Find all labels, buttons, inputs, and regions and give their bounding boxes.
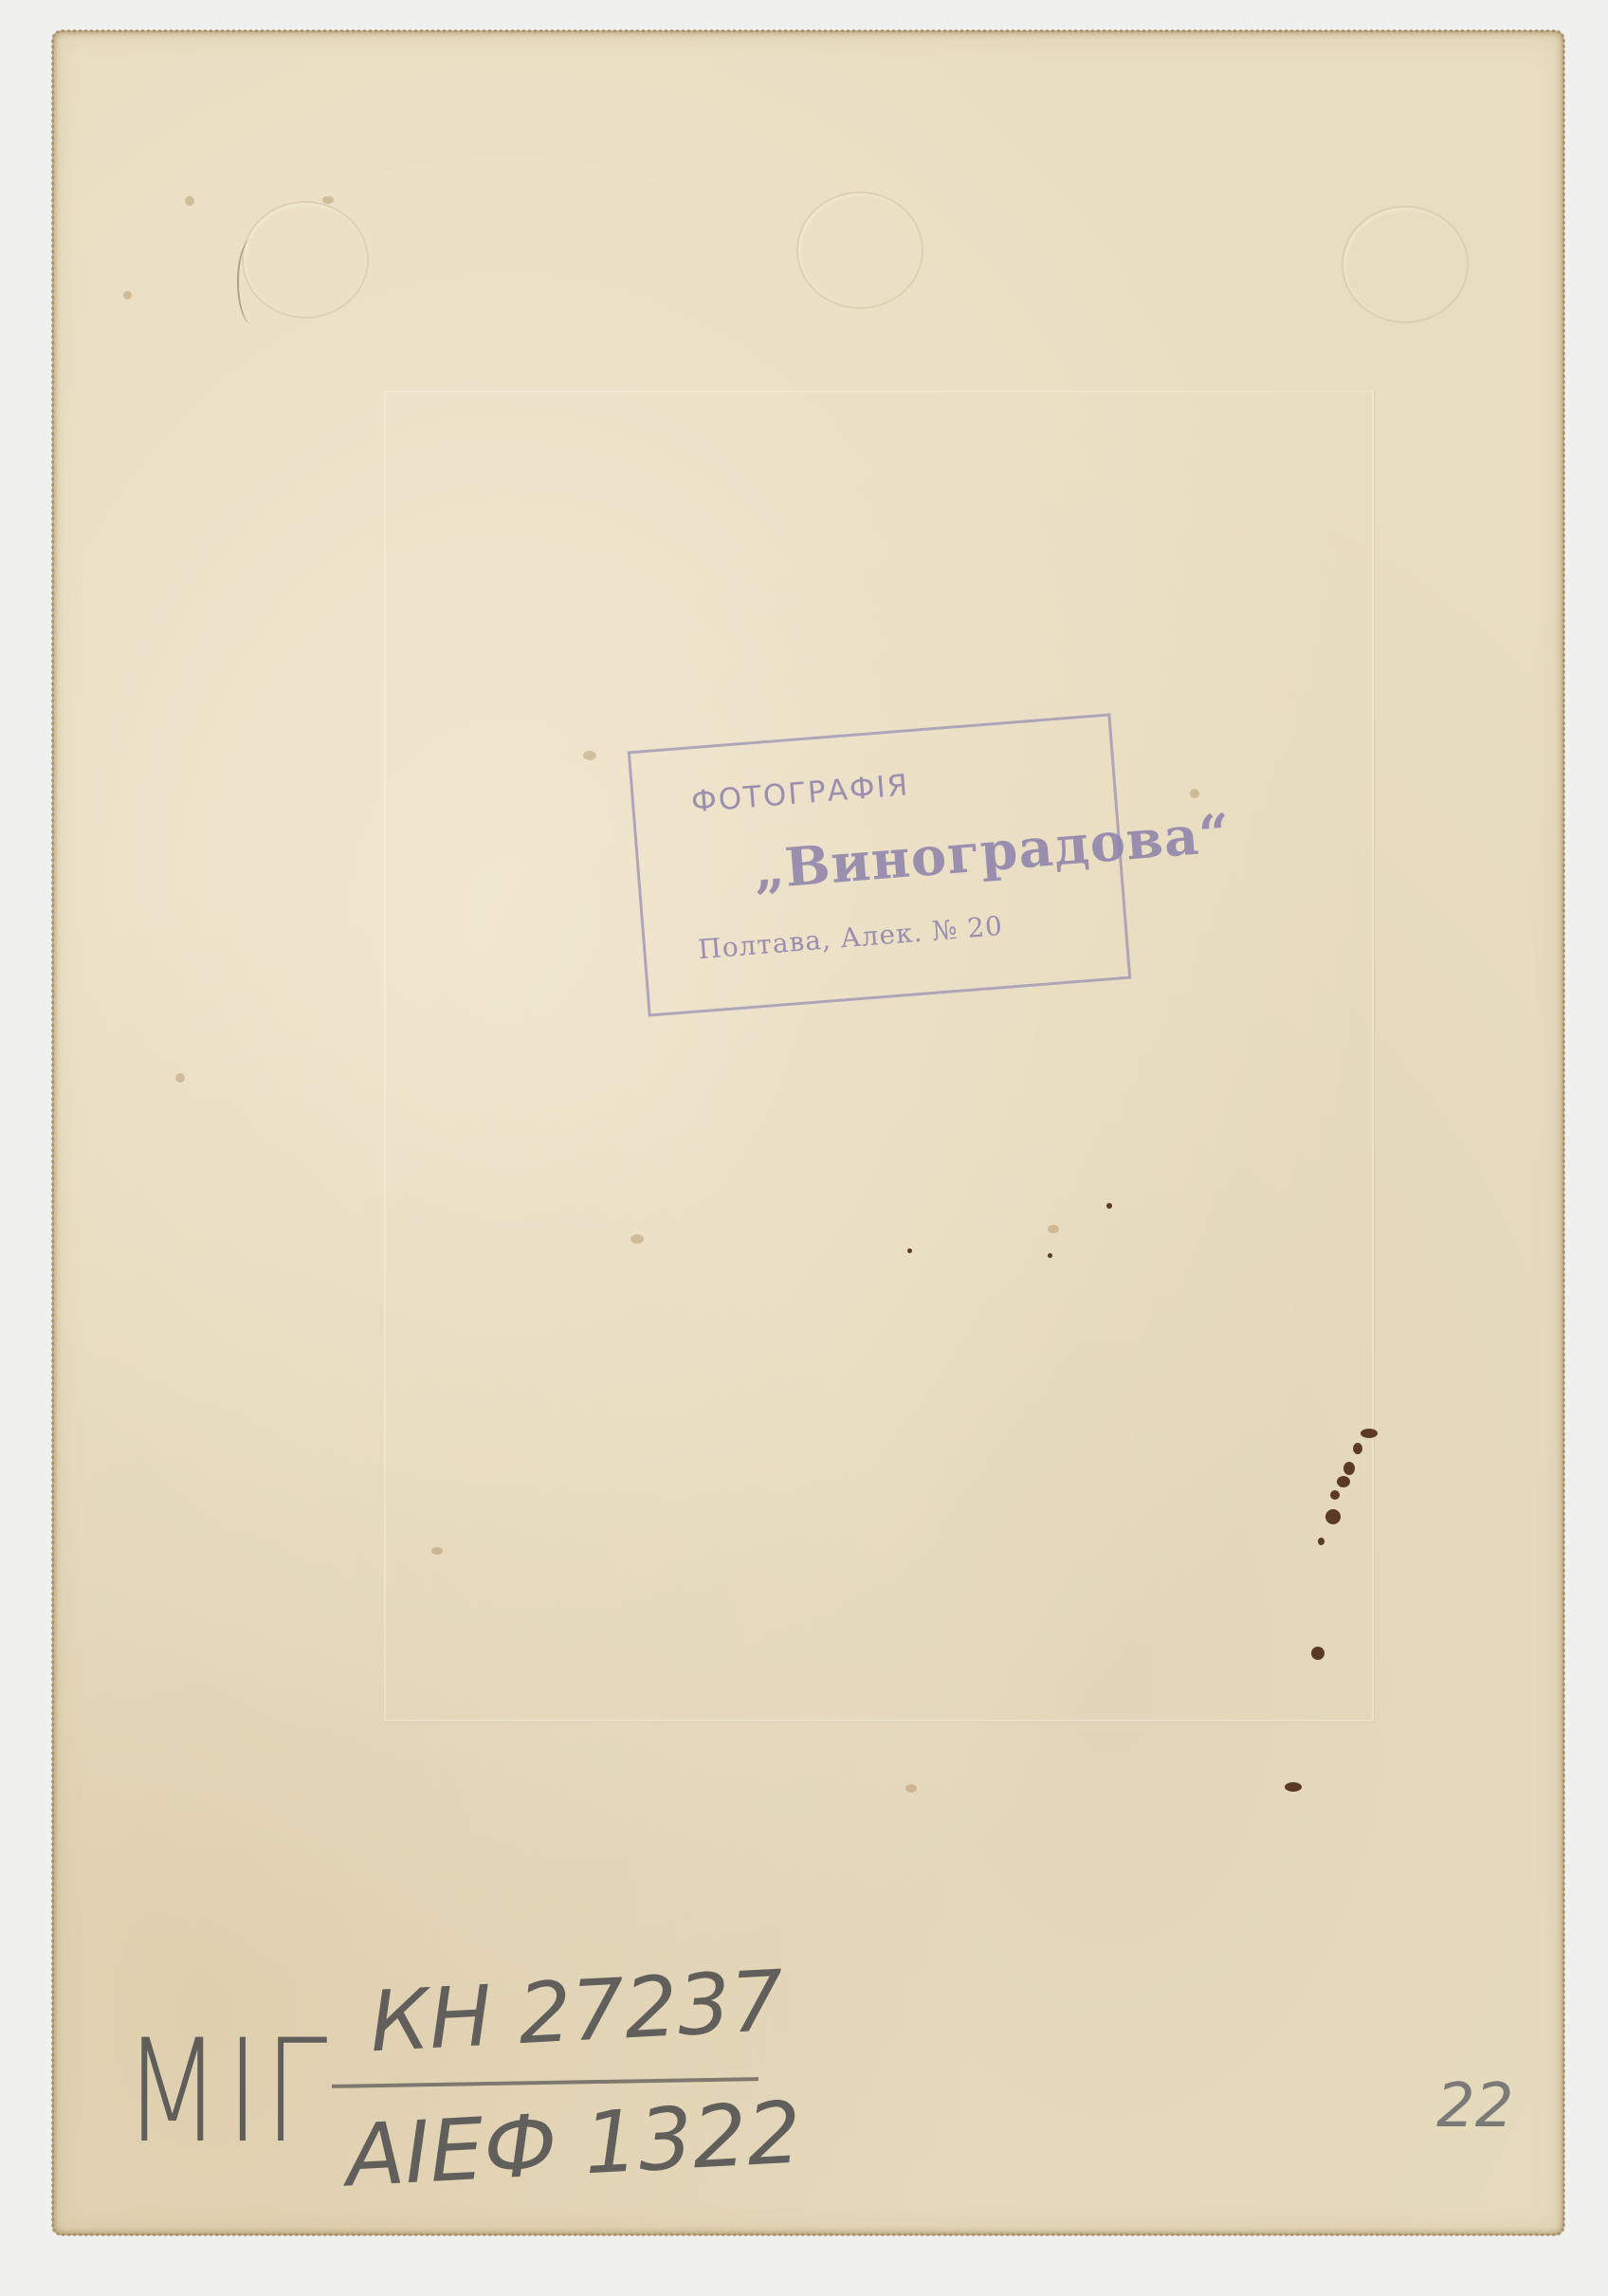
foxing-spot	[1048, 1225, 1059, 1233]
stain	[1318, 1538, 1325, 1545]
photographer-stamp: ФОТОГРАФІЯ „Виноградова“ Полтава, Алек. …	[628, 713, 1131, 1016]
embossed-frame	[384, 391, 1374, 1722]
foxing-spot	[1190, 789, 1199, 798]
pencil-mark	[237, 239, 267, 324]
stamp-address: Полтава, Алек. № 20	[697, 910, 1004, 965]
page-number: 22	[1436, 2071, 1513, 2141]
stain	[1311, 1647, 1325, 1660]
stain	[1285, 1782, 1302, 1792]
stamp-heading: ФОТОГРАФІЯ	[690, 768, 911, 819]
foxing-spot	[185, 196, 194, 206]
stain	[1343, 1462, 1355, 1475]
embossed-circle-right	[1342, 206, 1469, 323]
foxing-spot	[175, 1073, 185, 1083]
foxing-spot	[583, 751, 596, 760]
embossed-circle-center	[796, 191, 923, 309]
stain	[1048, 1253, 1052, 1258]
photo-card-back	[52, 30, 1564, 2235]
foxing-spot	[905, 1784, 917, 1793]
stain	[907, 1248, 912, 1253]
foxing-spot	[630, 1234, 644, 1244]
stain	[1337, 1476, 1350, 1487]
foxing-spot	[322, 196, 334, 204]
collection-mark: МІГ	[123, 2010, 332, 2175]
stain	[1106, 1203, 1112, 1209]
stain	[1325, 1509, 1341, 1524]
stain	[1330, 1490, 1340, 1500]
stain	[1353, 1443, 1362, 1454]
stain	[1361, 1429, 1378, 1438]
foxing-spot	[431, 1547, 443, 1555]
foxing-spot	[123, 291, 132, 300]
